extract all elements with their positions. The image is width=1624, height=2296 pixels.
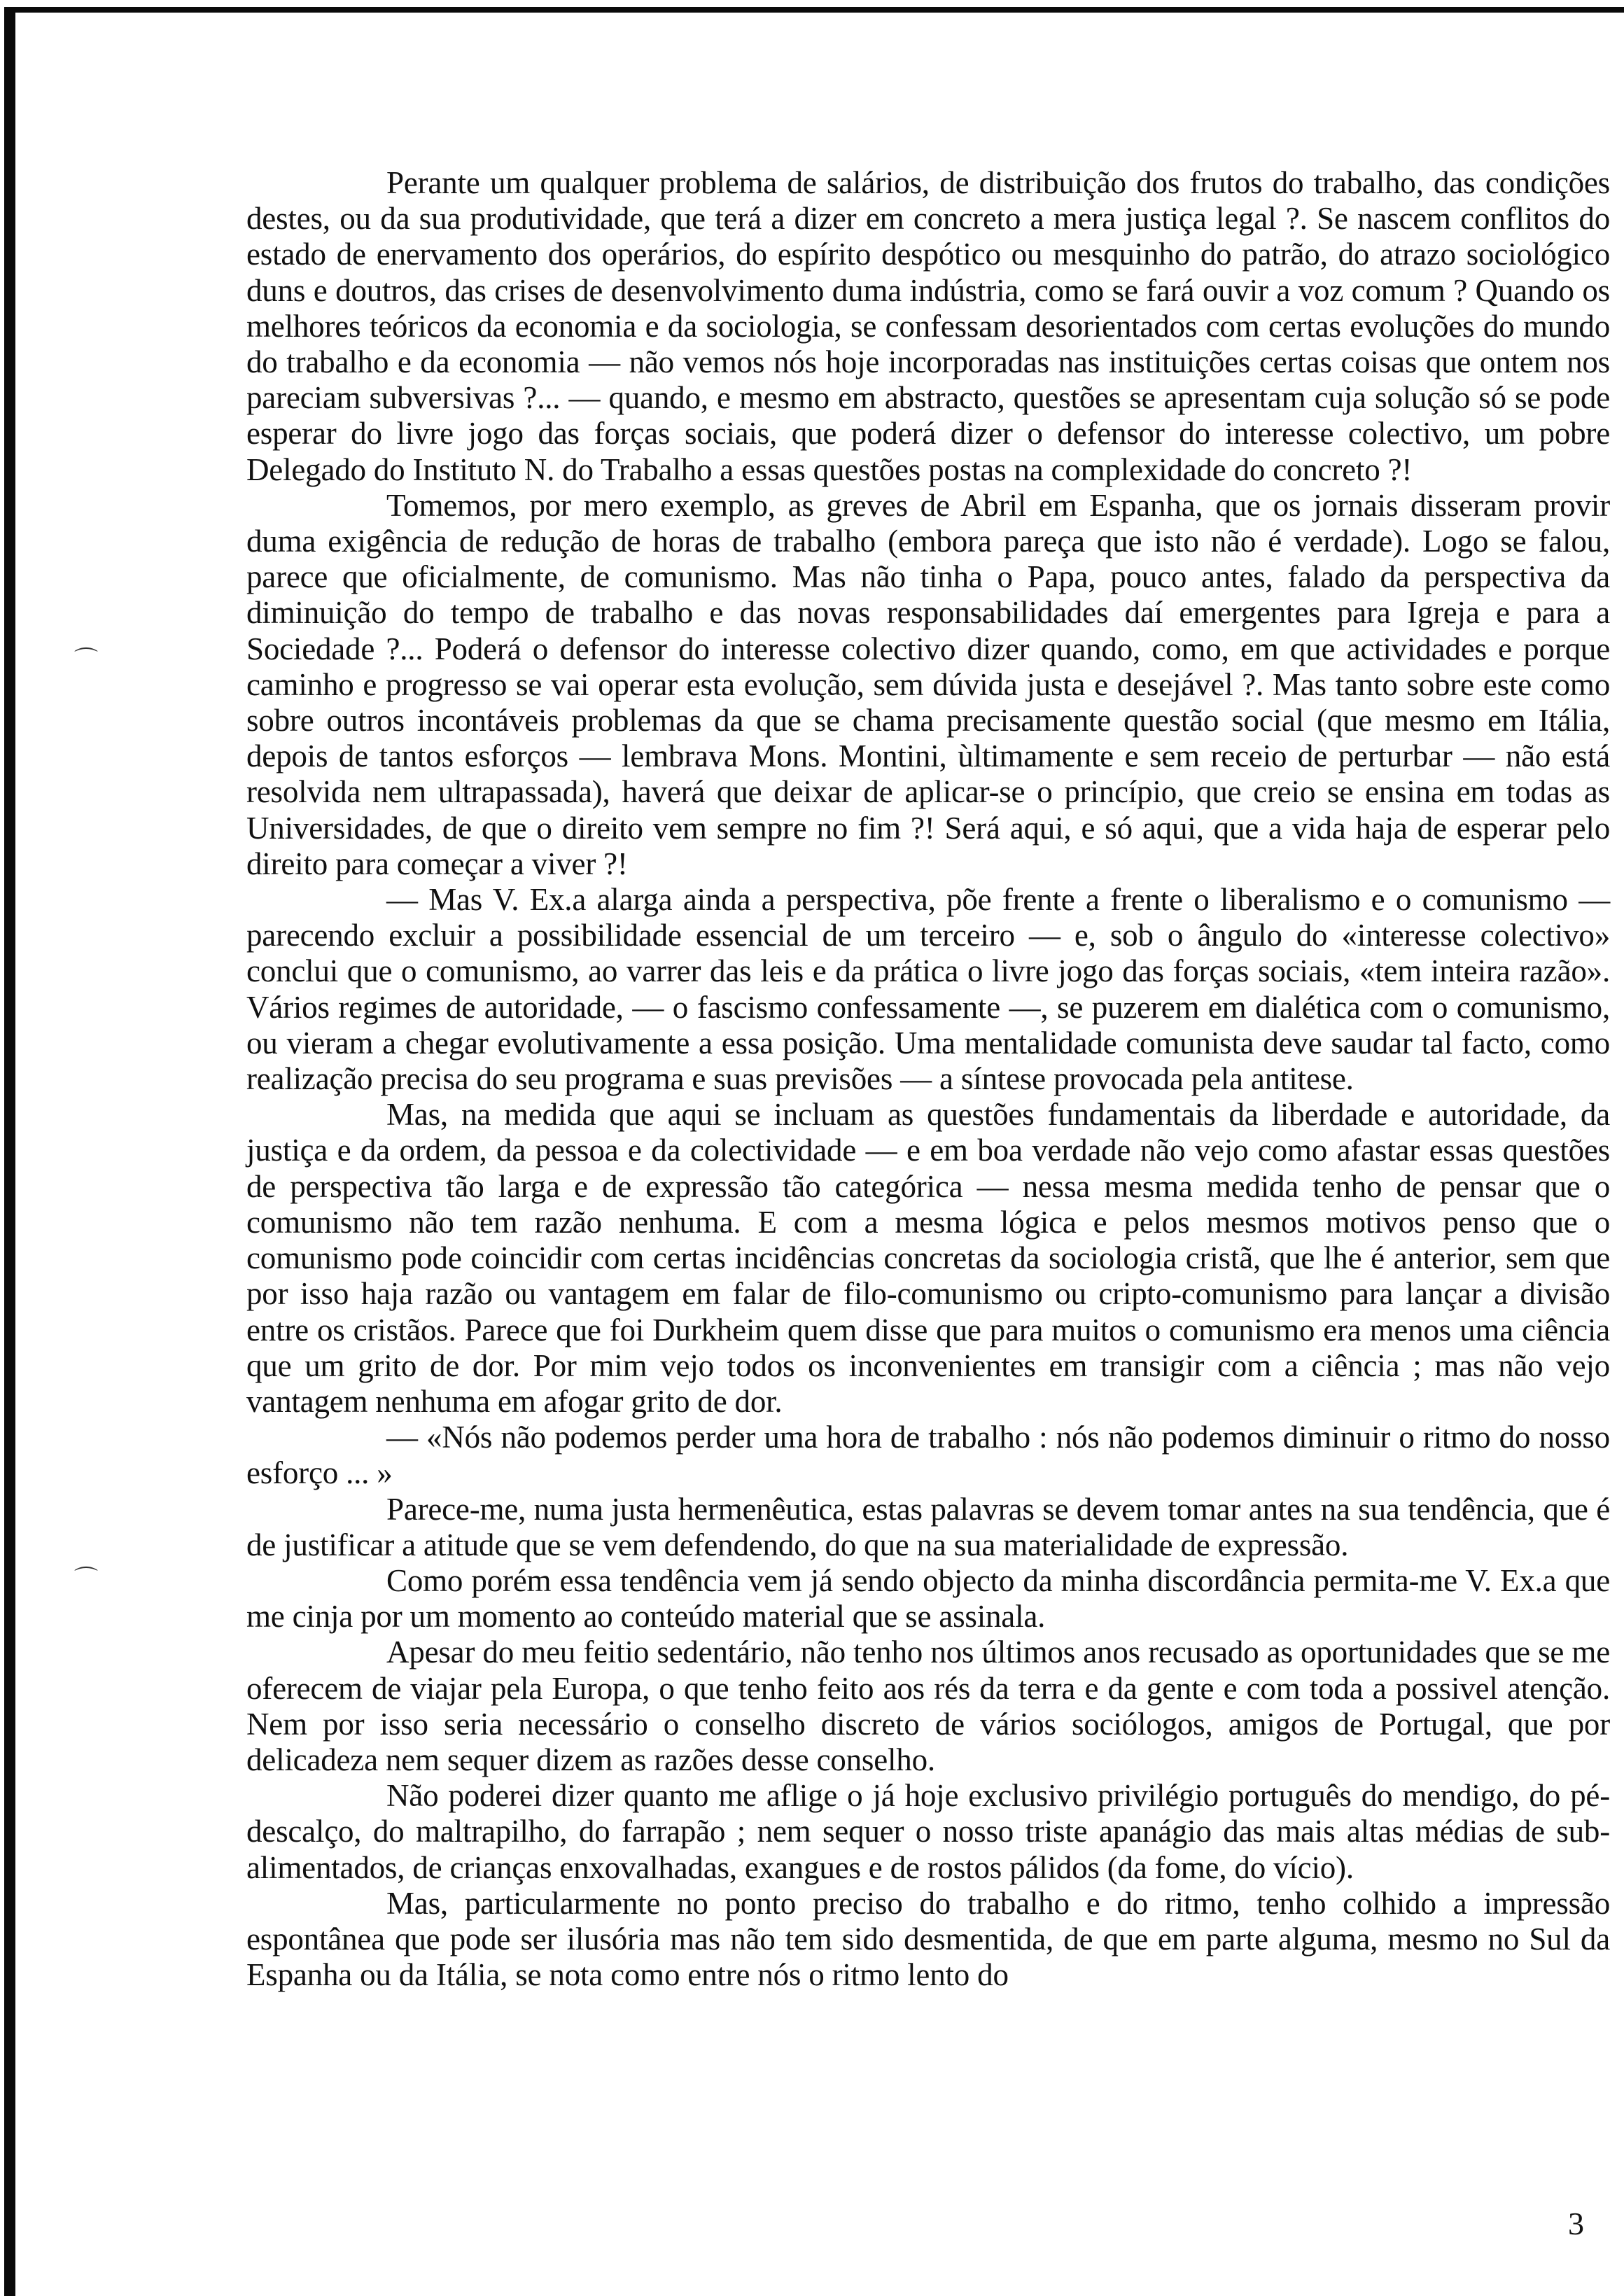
margin-mark-icon: ⌒ [74,1560,98,1594]
paragraph: Apesar do meu feitio sedentário, não ten… [246,1634,1610,1778]
paragraph: Perante um qualquer problema de salários… [246,165,1610,488]
body-text: Perante um qualquer problema de salários… [246,165,1610,1993]
page-number: 3 [1568,2205,1584,2242]
paragraph: Não poderei dizer quanto me aflige o já … [246,1778,1610,1886]
paragraph: — Mas V. Ex.a alarga ainda a perspectiva… [246,882,1610,1097]
scan-border-top [4,7,1624,13]
paragraph: Mas, na medida que aqui se incluam as qu… [246,1097,1610,1420]
paragraph: — «Nós não podemos perder uma hora de tr… [246,1420,1610,1491]
paragraph: Tomemos, por mero exemplo, as greves de … [246,488,1610,882]
paragraph: Mas, particularmente no ponto preciso do… [246,1886,1610,1994]
margin-mark-icon: ⌒ [74,640,98,675]
scan-border-left [4,7,15,2296]
paragraph: Como porém essa tendência vem já sendo o… [246,1563,1610,1634]
scanned-page: ⌒ ⌒ Perante um qualquer problema de salá… [0,0,1624,2296]
paragraph: Parece-me, numa justa hermenêutica, esta… [246,1492,1610,1563]
